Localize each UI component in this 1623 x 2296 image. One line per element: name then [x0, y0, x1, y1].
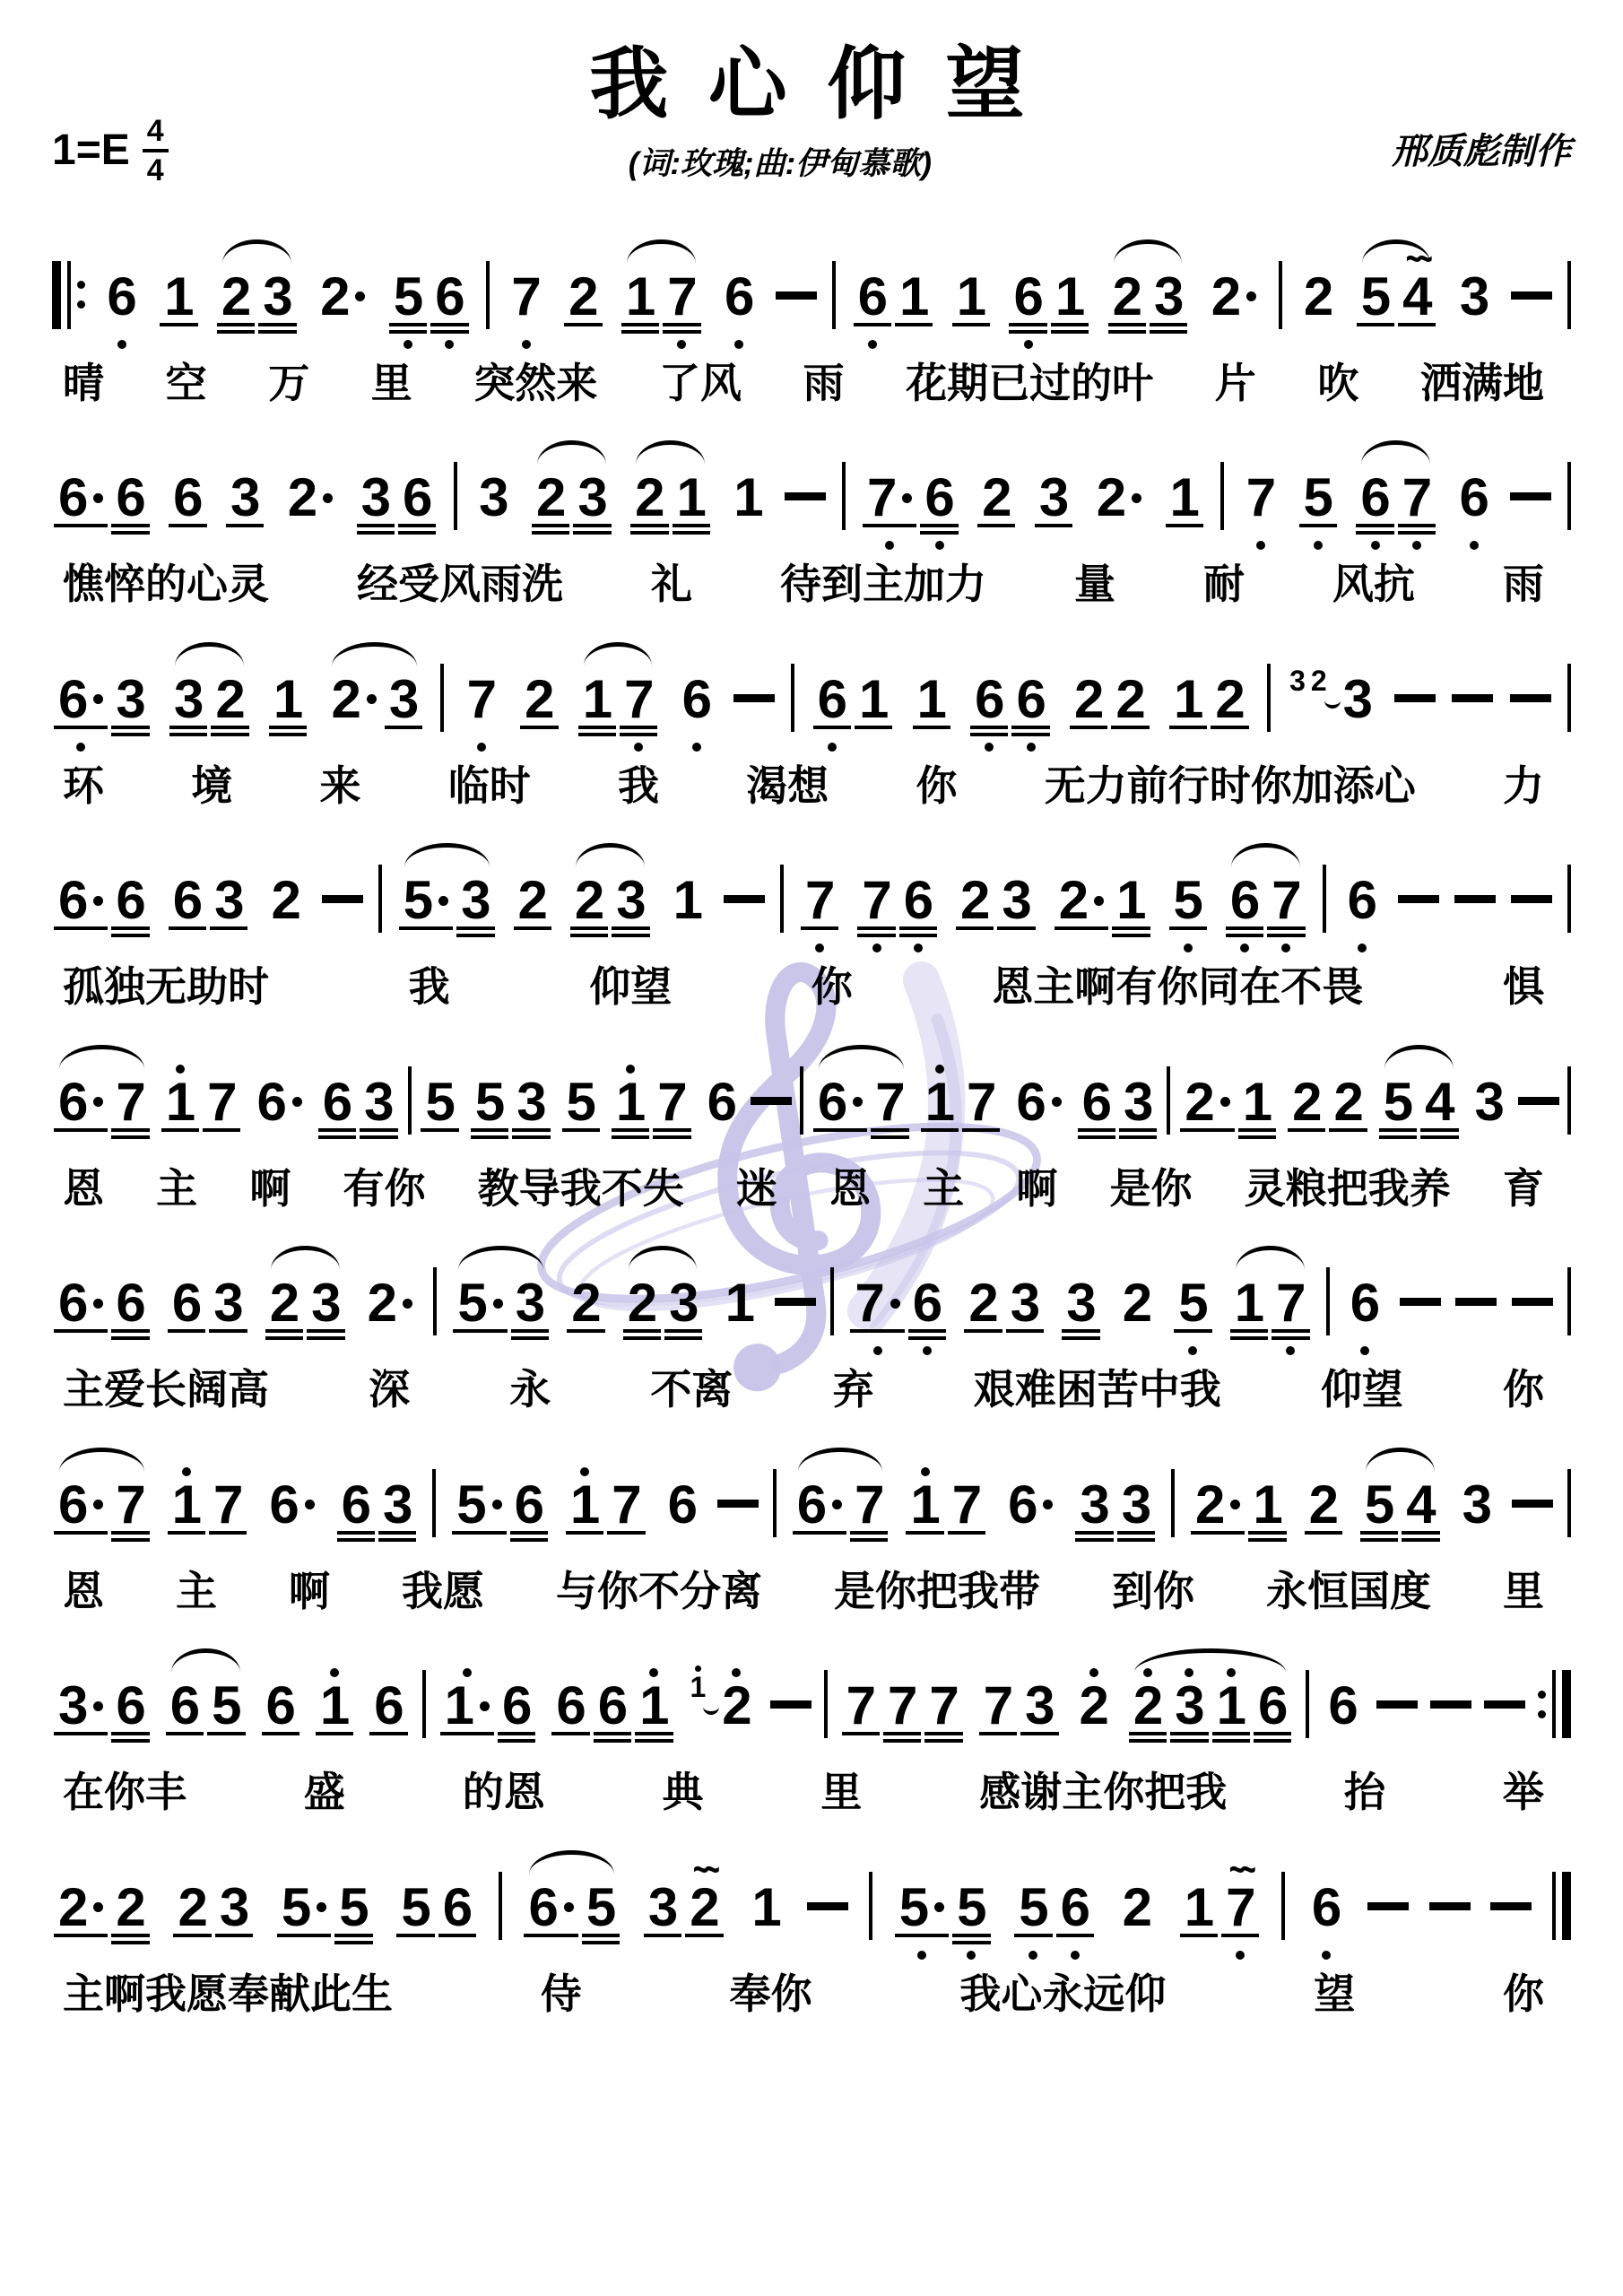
note-digit: 2: [628, 1276, 656, 1330]
note: 3: [1019, 1654, 1060, 1763]
lyric: 主: [176, 1566, 217, 1618]
note-digit: 6: [173, 471, 202, 525]
augmentation-dot: [564, 1902, 574, 1912]
note: 3: [1148, 245, 1189, 354]
note-digit: 7: [213, 1478, 242, 1532]
note-group: 66: [52, 446, 152, 555]
lyric: 是你把我带: [834, 1566, 1040, 1618]
note-digit: 6: [598, 1679, 627, 1733]
note-digit: 6: [256, 1075, 285, 1129]
note-digit: 6: [443, 1881, 472, 1935]
note-digit: 2: [525, 673, 553, 726]
note: 3: [109, 648, 151, 757]
mordent-icon: ~~: [1229, 1858, 1252, 1883]
barline: [842, 462, 846, 530]
note-digit: 5: [394, 270, 422, 324]
note-digit: 7: [967, 1075, 995, 1129]
note: 1: [633, 1654, 674, 1763]
octave-dot-below: [923, 1346, 932, 1355]
note-digit: 6: [818, 673, 846, 726]
note: 5: [205, 1654, 247, 1763]
note-digit: 3: [311, 1276, 340, 1330]
note-group: 2: [265, 848, 306, 958]
note-digit: 3: [1462, 1478, 1491, 1532]
note-digit: 1: [910, 1478, 939, 1532]
note-group-slurred: 65: [522, 1856, 621, 1965]
note-digit: 1: [1170, 471, 1199, 525]
music-line-1: 6123256721766116123225~~43晴空万里突然来了风雨花期已过…: [52, 245, 1571, 410]
octave-dot-below: [1412, 541, 1421, 550]
octave-dot-below: [872, 944, 881, 952]
octave-dot-below: [1322, 1951, 1331, 1960]
note: 3: [383, 648, 424, 757]
note: 2: [171, 1856, 213, 1965]
note-digit: 7: [207, 1075, 236, 1129]
note-group: 36: [52, 1654, 152, 1763]
barline: [454, 462, 457, 530]
note-digit: 1: [1217, 1679, 1245, 1733]
note-digit: 5: [404, 874, 432, 927]
augmentation-dot: [403, 1299, 412, 1309]
note-group: [1400, 1251, 1441, 1306]
note-group: [1484, 1654, 1525, 1709]
note: 6: [166, 1251, 207, 1361]
augmentation-dot: [1043, 1500, 1053, 1509]
note-digit: 2: [1113, 270, 1141, 324]
note-digit: 7: [855, 1276, 883, 1330]
note: 5: [1355, 245, 1396, 354]
note-digit: 6: [58, 1478, 87, 1532]
note-digit: 7: [624, 673, 653, 726]
note: 7: [109, 1453, 151, 1562]
note-digit: 3: [383, 1478, 412, 1532]
barline: [1323, 865, 1326, 933]
music-line-7: 6717663561766717633212543恩主啊我愿与你不分离是你把我带…: [52, 1453, 1571, 1618]
duration-dash: [1430, 1700, 1471, 1709]
note-group: [717, 1453, 759, 1508]
note: 7: [799, 848, 840, 958]
lyric: 憔悴的心灵: [63, 559, 269, 611]
note: 5: [275, 1856, 333, 1965]
note: 1: [158, 245, 199, 354]
note-group: 17: [904, 1453, 987, 1562]
note: ~~4: [1396, 245, 1437, 354]
note-digit: 5: [1174, 874, 1202, 927]
note: 2: [1068, 648, 1109, 757]
note: 5: [1012, 1856, 1054, 1965]
note: 5: [1298, 446, 1339, 555]
note-digit: 2: [968, 1276, 997, 1330]
octave-dot-below: [1188, 1346, 1197, 1355]
note-digit: 2: [1292, 1075, 1321, 1129]
lyric: 主爱长阔高: [63, 1364, 269, 1416]
mordent-icon: ~~: [1406, 248, 1428, 272]
lyric: 与你不分离: [556, 1566, 762, 1618]
notes-row: 6717663553517667176632122543: [52, 1050, 1571, 1160]
note: 1: [1167, 648, 1209, 757]
lyric: 恩主啊有你同在不畏: [992, 961, 1363, 1013]
note-digit: 1: [1174, 673, 1202, 726]
note-group: 6: [1341, 848, 1383, 958]
note-digit: 7: [929, 1679, 958, 1733]
note: 6: [317, 1050, 358, 1160]
notes-row: 6123256721766116123225~~43: [52, 245, 1571, 354]
duration-dash: [1394, 694, 1436, 702]
note: 5: [950, 1856, 992, 1965]
lyric: 里: [371, 358, 412, 410]
note: 2: [325, 648, 382, 757]
note: 7: [960, 1050, 1002, 1160]
note-group: 56: [395, 1856, 478, 1965]
note-digit: 6: [1360, 471, 1389, 525]
note-digit: 2: [1304, 270, 1332, 324]
arranger-credit: 邢质彪制作: [1392, 123, 1571, 174]
note: 2: [568, 848, 610, 958]
lyric: 万: [268, 358, 309, 410]
note-group: 21: [1178, 1050, 1278, 1160]
note-group: 5: [560, 1050, 602, 1160]
note-digit: 1: [1235, 1276, 1263, 1330]
note: 2: [314, 245, 371, 354]
note-group: 6: [167, 446, 208, 555]
note: 1: [314, 1654, 355, 1763]
notes-row: 666323632321176232175676: [52, 446, 1571, 555]
note-digit: 6: [374, 1679, 403, 1733]
note: 7: [840, 1654, 881, 1763]
note-digit: 7: [612, 1478, 640, 1532]
note-group: 6: [260, 1654, 301, 1763]
lyrics-row: 恩主啊有你教导我不失迷恩主啊是你灵粮把我养育: [52, 1160, 1571, 1215]
note-group: 6: [701, 1050, 742, 1160]
lyric: 洒满地: [1420, 358, 1544, 410]
lyric: 我心永远仰: [959, 1969, 1166, 2021]
barline: [1567, 1267, 1571, 1335]
note-group-slurred: 21: [629, 446, 712, 555]
note-digit: 1: [751, 1881, 780, 1935]
note-group-slurred: 53: [397, 848, 497, 958]
note: 1: [911, 648, 952, 757]
note-digit: 2: [536, 471, 565, 525]
note-group: [776, 245, 817, 300]
note-group: [1510, 648, 1551, 702]
note-digit: 3: [516, 1276, 544, 1330]
note-digit: 6: [58, 673, 87, 726]
note-group: 2: [1090, 446, 1148, 555]
lyric: 啊: [289, 1566, 330, 1618]
note-digit: 1: [320, 1679, 349, 1733]
note-digit: 7: [855, 1478, 883, 1532]
note: 2: [621, 1251, 663, 1361]
lyrics-row: 主啊我愿奉献此生侍奉你我心永远仰望你: [52, 1965, 1571, 2021]
note-group: 2: [565, 1251, 606, 1361]
note-digit: 6: [58, 874, 87, 927]
barline: [440, 664, 444, 732]
lyric: 力: [1503, 761, 1544, 813]
note-digit: 6: [818, 1075, 846, 1129]
note-group: 63: [317, 1050, 400, 1160]
lyric: 我: [618, 761, 659, 813]
note-group: 2: [1116, 1856, 1158, 1965]
note: 5: [1377, 1050, 1419, 1160]
lyric: 你: [811, 961, 853, 1013]
note-digit: 6: [502, 1679, 531, 1733]
duration-dash: [733, 694, 775, 702]
lyric: 恩: [63, 1566, 104, 1618]
note-digit: 6: [913, 1276, 942, 1330]
lyric: 是你: [1110, 1163, 1193, 1215]
note-group-slurred: 23: [215, 245, 299, 354]
note: 1: [1211, 1654, 1252, 1763]
note-group: 5: [419, 1050, 460, 1160]
note-group: 2: [1205, 245, 1263, 354]
note: 1: [160, 1050, 201, 1160]
note-group: 2: [361, 1251, 419, 1361]
note: 7: [505, 245, 546, 354]
note-digit: 5: [1365, 1478, 1393, 1532]
note-group-slurred: 65: [164, 1654, 247, 1763]
note: 2: [282, 446, 339, 555]
note-group: 7: [1240, 446, 1281, 555]
note: 1: [1237, 1050, 1278, 1160]
note: 2: [1303, 1453, 1344, 1562]
note-digit: 6: [1312, 1881, 1341, 1935]
augmentation-dot: [93, 1500, 103, 1509]
lyric: 风抗: [1332, 559, 1415, 611]
duration-dash: [1510, 694, 1551, 702]
note-group: 323: [1287, 648, 1378, 757]
augmentation-dot: [367, 694, 377, 704]
note: 5: [450, 1453, 508, 1562]
note-group: 63: [1076, 1050, 1159, 1160]
music-line-3: 633212372176611662212323环境来临时我渴想你无力前行时你加…: [52, 648, 1571, 813]
lyric: 育: [1503, 1163, 1544, 1215]
barline: [433, 1267, 437, 1335]
note-digit: 2: [1123, 1276, 1151, 1330]
note-group: 33: [1073, 1453, 1157, 1562]
duration-dash: [1490, 1902, 1532, 1910]
note-digit: 5: [475, 1075, 504, 1129]
note-group: 66: [52, 1251, 152, 1361]
note-group: 777: [840, 1654, 965, 1763]
note: 5: [1358, 1453, 1400, 1562]
note-group-slurred: 67: [52, 1453, 152, 1562]
octave-dot-below: [868, 340, 877, 349]
note-digit: 3: [364, 1075, 393, 1129]
note-group: 6: [368, 1654, 409, 1763]
note-digit: 6: [1016, 673, 1045, 726]
barline: [1306, 1670, 1309, 1738]
duration-dash: [770, 1700, 811, 1709]
augmentation-dot: [93, 1299, 103, 1309]
note-digit: 3: [1124, 1075, 1152, 1129]
duration-dash: [1398, 895, 1439, 903]
note: 7: [881, 1654, 923, 1763]
note-digit: 6: [342, 1478, 370, 1532]
note-digit: 6: [1061, 1881, 1089, 1935]
octave-dot-below: [1360, 1346, 1369, 1355]
note-group: 6: [1002, 1453, 1059, 1562]
note-digit: 6: [58, 471, 87, 525]
barline: [773, 1469, 777, 1537]
lyric: 典: [663, 1767, 704, 1819]
note-group-slurred: 54: [1358, 1453, 1442, 1562]
note: 5: [419, 1050, 460, 1160]
note: 6: [522, 1856, 579, 1965]
note-group: 66: [52, 848, 152, 958]
note: 1: [1246, 1453, 1288, 1562]
note-digit: 3: [1122, 1478, 1150, 1532]
lyric: 花期已过的叶: [906, 358, 1153, 410]
octave-dot-below: [692, 743, 701, 752]
note: 1: [727, 446, 768, 555]
lyric: 主啊我愿奉献此生: [63, 1969, 393, 2021]
note: 6: [52, 1050, 109, 1160]
note-group: 2: [976, 446, 1017, 555]
octave-dot-below: [522, 340, 531, 349]
note: 6: [1341, 848, 1383, 958]
note-group: 5: [1167, 848, 1209, 958]
note-digit: 2: [722, 1679, 751, 1733]
note: 2: [1205, 245, 1263, 354]
note: 2: [1090, 446, 1148, 555]
lyric: 永: [509, 1364, 551, 1416]
note-digit: 2: [215, 673, 244, 726]
note-digit: 7: [116, 1478, 144, 1532]
barline: [1220, 462, 1224, 530]
note: 1: [1110, 848, 1151, 958]
note-group: [1430, 1654, 1471, 1709]
note-digit: 1: [917, 673, 946, 726]
note: 6: [52, 1453, 109, 1562]
note-group: 61: [1007, 245, 1090, 354]
note-group: 63: [52, 648, 152, 757]
note-group: 2: [314, 245, 371, 354]
note: 1: [919, 1050, 960, 1160]
note-group: 21: [1053, 848, 1152, 958]
note-group: [1367, 1856, 1409, 1910]
note-digit: 6: [1082, 1075, 1111, 1129]
duration-dash: [1512, 1500, 1553, 1508]
note-digit: 3: [479, 471, 508, 525]
note-digit: 1: [583, 673, 612, 726]
note: 6: [109, 848, 151, 958]
note-group: 6: [100, 245, 142, 354]
lyrics-row: 憔悴的心灵经受风雨洗礼待到主加力量耐风抗雨: [52, 555, 1571, 611]
note-group: [751, 1050, 792, 1105]
octave-dot-below: [1027, 743, 1036, 752]
duration-dash: [751, 1097, 792, 1105]
note: 6: [508, 1453, 550, 1562]
notes-row: 22235556653~~21555621~~76: [52, 1856, 1571, 1965]
note: 7: [923, 1654, 964, 1763]
note-digit: 3: [616, 874, 645, 927]
note: 3: [213, 1856, 255, 1965]
note: ~~7: [1219, 1856, 1261, 1965]
note-digit: 3: [361, 471, 390, 525]
note-digit: 6: [1328, 1679, 1357, 1733]
note-digit: 6: [435, 270, 464, 324]
note-digit: 6: [172, 1276, 201, 1330]
note-digit: 2: [571, 1276, 600, 1330]
barline: [1567, 462, 1571, 530]
note-digit: 6: [173, 874, 202, 927]
note-digit: 2: [568, 270, 597, 324]
note: 2: [962, 1251, 1003, 1361]
note: 3: [52, 1654, 109, 1763]
note-group: 2: [1116, 1251, 1158, 1361]
notes-row: 66632325322317623325176: [52, 1251, 1571, 1361]
note: 5: [333, 1856, 374, 1965]
note-digit: 5: [1361, 270, 1390, 324]
note-digit: 5: [456, 1478, 485, 1532]
note: 2: [1073, 1654, 1115, 1763]
lyric: 恩: [829, 1163, 871, 1215]
octave-dot-below: [1028, 1951, 1037, 1960]
note: 2: [976, 446, 1017, 555]
note: 6: [1007, 245, 1048, 354]
lyric: 环: [63, 761, 104, 813]
note-digit: 2: [1195, 1478, 1224, 1532]
augmentation-dot: [305, 1500, 315, 1509]
lyric: 晴: [63, 358, 104, 410]
lyric: 侍: [541, 1969, 582, 2021]
note: 6: [429, 245, 470, 354]
note: 6: [662, 1453, 703, 1562]
note-group: 53: [469, 1050, 552, 1160]
duration-dash: [1518, 1097, 1559, 1105]
note-digit: 6: [116, 1276, 144, 1330]
note-digit: 3: [1475, 1075, 1504, 1129]
note-digit: 3: [58, 1679, 87, 1733]
duration-dash: [1367, 1902, 1409, 1910]
duration-dash: [1510, 492, 1551, 500]
lyric: 永恒国度: [1266, 1566, 1431, 1618]
note: 2: [1116, 1856, 1158, 1965]
key-label: 1=E: [52, 126, 130, 175]
barline: [408, 1066, 412, 1135]
notes-row: 3665616166611277773223166: [52, 1654, 1571, 1763]
note-group: 56: [450, 1453, 550, 1562]
note-group: 1: [727, 446, 768, 555]
note-digit: 3: [263, 270, 291, 324]
lyric: 里: [1503, 1566, 1544, 1618]
note: 5: [893, 1856, 950, 1965]
note: 7: [605, 1453, 647, 1562]
note-digit: 7: [1246, 471, 1275, 525]
note-group: [1512, 1453, 1553, 1508]
lyric: 空: [166, 358, 207, 410]
lyric: 教导我不失: [478, 1163, 684, 1215]
note-digit: 7: [1271, 874, 1300, 927]
note: 6: [52, 446, 109, 555]
augmentation-dot: [480, 1701, 490, 1711]
note-group: 7: [461, 648, 502, 757]
lyric: 你: [916, 761, 958, 813]
note-group: 22: [1068, 648, 1151, 757]
augmentation-dot: [1230, 1500, 1240, 1509]
key-signature: 1=E 4 4: [52, 116, 169, 186]
barline: [486, 261, 490, 329]
note-digit: 1: [690, 1673, 707, 1701]
note: 6: [718, 245, 759, 354]
note: 6: [1453, 446, 1494, 555]
note-group: 6: [1322, 1654, 1363, 1763]
meter-numerator: 4: [143, 116, 169, 152]
note: 7: [1270, 1251, 1311, 1361]
octave-dot-below: [634, 743, 643, 752]
barline: [800, 1066, 803, 1135]
note: 6: [918, 446, 959, 555]
